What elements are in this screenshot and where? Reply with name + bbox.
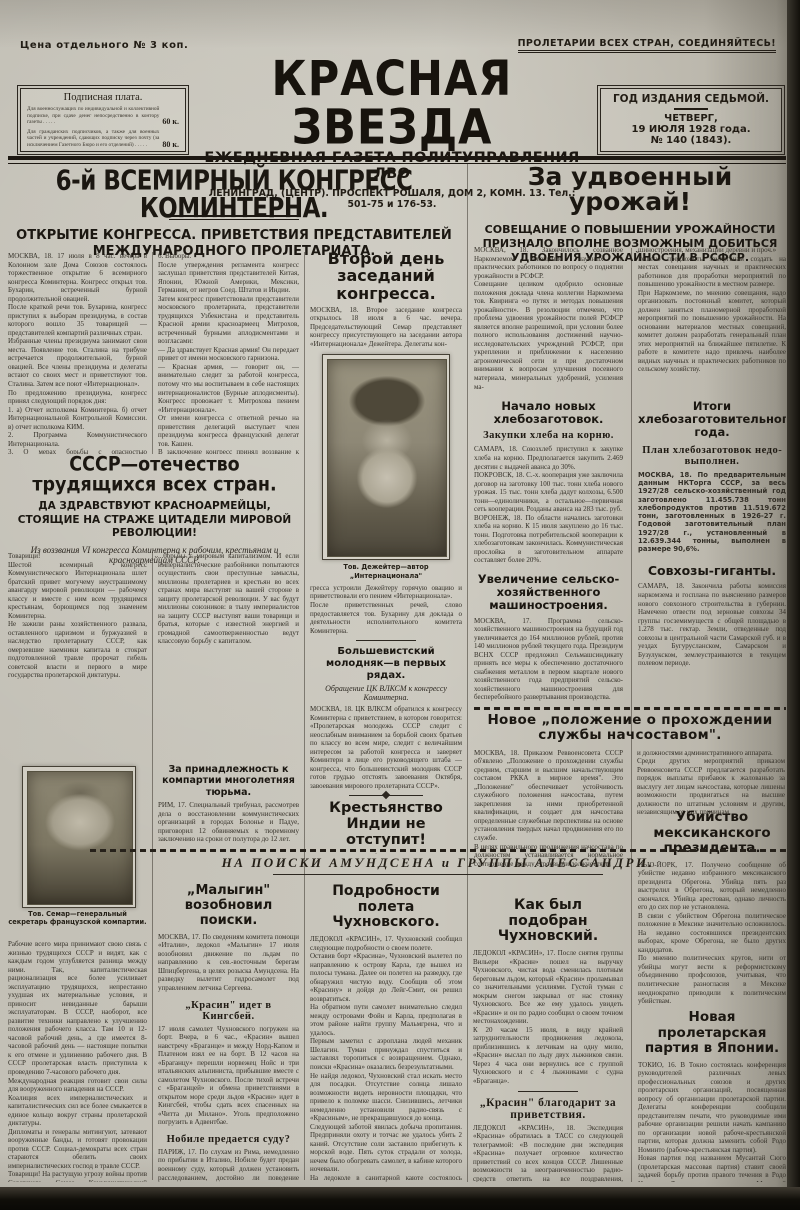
degeyter-photo-caption: Тов. Дежейтер—автор „Интернационала" <box>310 563 462 579</box>
section-separator <box>349 795 423 796</box>
mexico-body: НЬЮ-ЙОРК, 17. Получено сообщение об убий… <box>638 861 786 1006</box>
newspaper-title: КРАСНАЯ ЗВЕЗДА <box>196 56 588 152</box>
bread-results-column: Итоги хлебозаготовительного года. План х… <box>638 400 786 704</box>
proletarians-slogan: ПРОЛЕТАРИИ ВСЕХ СТРАН, СОЕДИНЯЙТЕСЬ! <box>518 38 776 53</box>
issue-date: 19 ИЮЛЯ 1928 года. <box>601 124 781 135</box>
semar-photo-caption: Тов. Семар—генеральный секретарь француз… <box>8 910 147 926</box>
second-day-continuation: гресса устроили Дежейтеру горячую овацию… <box>310 584 462 635</box>
congress-section-header: 6-й ВСЕМИРНЫЙ КОНГРЕСС КОМИНТЕРНА. ОТКРЫ… <box>8 168 460 261</box>
prison-article: За принадлежность к компартии многолетня… <box>158 764 299 852</box>
malygin-column: „Малыгин" возобно­вил поиски. МОСКВА, 17… <box>158 884 299 1182</box>
kingsbay-title: „Красин" идет в Кингсбей. <box>158 1000 299 1022</box>
chukhnovsky-column: Подробности полета Чухновского. ЛЕДОКОЛ … <box>310 884 462 1182</box>
banner-underline <box>273 874 603 875</box>
mexico-article: Убийство мексикан­ского президента. НЬЮ-… <box>638 810 786 1006</box>
subscription-title: Подписная плата. <box>21 92 185 103</box>
ussr-slogan: ДА ЗДРАВСТВУЮТ КРАСНОАРМЕЙЦЫ, СТОЯЩИЕ НА… <box>8 500 301 541</box>
japan-title: Новая пролетарская партия в Японии. <box>638 1010 786 1057</box>
malygin-title: „Малыгин" возобно­вил поиски. <box>158 884 299 929</box>
subscription-row: Для гражданских подписчиков, а также для… <box>27 129 179 149</box>
harvest-headline: За удвоенный урожай! <box>474 164 786 214</box>
molodnyak-title: Большевистский молодняк—в первых рядах. <box>310 646 462 682</box>
prison-title: За принадлежность к компартии многолетня… <box>158 764 299 798</box>
harvest-col2: шиностроения, механизации деревни и проч… <box>638 246 786 398</box>
issue-year-line: ГОД ИЗДАНИЯ СЕДЬМОЙ. <box>601 93 781 105</box>
sovkhoz-body: САМАРА, 18. Закончила работы комиссия на… <box>638 582 786 667</box>
bread-start-subtitle: Закупки хлеба на корню. <box>474 430 623 441</box>
machinery-body: МОСКВА, 17. Программа сельско-хозяйствен… <box>474 617 623 702</box>
molodnyak-body: МОСКВА, 18. ЦК ВЛКСМ обратился к конгрес… <box>310 705 462 790</box>
column-rule <box>304 252 305 1180</box>
subscription-price: 80 к. <box>162 140 179 149</box>
dashed-rule <box>474 706 786 710</box>
subscription-note: Для военнослужащих по индивидуальной и к… <box>27 106 159 126</box>
issue-weekday: ЧЕТВЕРГ, <box>601 113 781 124</box>
bread-results-body: МОСКВА, 18. По предварительным данным НК… <box>638 471 786 554</box>
scan-edge-bottom <box>0 1187 800 1210</box>
bread-results-title: Итоги хлебозаготовительного года. <box>638 400 786 440</box>
ussr-appeal-col2: ...борьбы с мировым капитализмом. И если… <box>158 552 299 762</box>
congress-article-col2: 6. Выборы. После утверждения регламента … <box>158 252 299 454</box>
ussr-headline: СССР—отечество трудящихся всех стран. <box>8 456 301 495</box>
issue-divider <box>674 108 708 110</box>
issue-box: ГОД ИЗДАНИЯ СЕДЬМОЙ. ЧЕТВЕРГ, 19 ИЮЛЯ 19… <box>600 88 782 152</box>
pickup-column: Как был подобран Чухновский. ЛЕДОКОЛ «КР… <box>473 898 623 1182</box>
pickup-title: Как был подобран Чухновский. <box>473 898 623 945</box>
machinery-title: Увеличение сельско-хозяйствен­ного машин… <box>474 573 623 613</box>
newspaper-page: Цена отдельного № 3 коп. ПРОЛЕТАРИИ ВСЕХ… <box>0 0 800 1210</box>
sovkhoz-title: Совхозы-гиганты. <box>638 563 786 578</box>
banner-text: НА ПОИСКИ АМУНДСЕНА и ГРУППЫ АЛЕССАНДРИ. <box>90 855 786 871</box>
malygin-body: МОСКВА, 17. По сведениям комитета помощи… <box>158 933 299 993</box>
banner-dashed-rule <box>90 848 786 852</box>
kingsbay-body: 17 июля самолет Чухновского погружен на … <box>158 1025 299 1127</box>
ussr-appeal-col1: Товарищи! Шестой всемирный конгресс Комм… <box>8 552 147 762</box>
text-divider <box>356 640 416 641</box>
india-title: Крестьянство Индии не отступит! <box>310 801 462 849</box>
bread-start-body: САМАРА, 18. Союзхлеб приступил к закупке… <box>474 445 623 564</box>
congress-headline: 6-й ВСЕМИРНЫЙ КОНГРЕСС КОМИНТЕРНА. <box>8 168 460 223</box>
ussr-appeal-continuation: Рабочие всего мира принимают свою связь … <box>8 940 147 1182</box>
bread-results-subtitle: План хлебозаготовок недо­выполнен. <box>638 445 786 467</box>
text-divider <box>518 1091 578 1092</box>
semar-portrait-photo <box>27 771 133 905</box>
nobile-title: Нобиле предается суду? <box>158 1134 299 1145</box>
issue-number: № 140 (1843). <box>601 135 781 146</box>
chukhnovsky-title: Подробности полета Чухновского. <box>310 884 462 931</box>
bread-start-title: Начало новых хлебозаготовок. <box>474 400 623 426</box>
nobile-body: ПАРИЖ, 17. По слухам из Рима, немедленно… <box>158 1148 299 1182</box>
subscription-row: Для военнослужащих по индивидуальной и к… <box>27 106 179 126</box>
japan-article: Новая пролетарская партия в Японии. ТОКИ… <box>638 1010 786 1182</box>
second-day-column: Второй день заседаний конгресса. МОСКВА,… <box>310 250 462 854</box>
ussr-section-header: СССР—отечество трудящихся всех стран. ДА… <box>8 456 301 565</box>
scan-edge-right <box>787 0 800 1210</box>
second-day-title: Второй день заседаний конгресса. <box>310 250 462 302</box>
pickup-body: ЛЕДОКОЛ «КРАСИН», 17. После снятия групп… <box>473 949 623 1086</box>
bread-start-column: Начало новых хлебозаготовок. Закупки хле… <box>474 400 623 704</box>
krasin-thanks-title: „Красин" благодарит за при­ветствия. <box>473 1097 623 1121</box>
degeyter-photo-frame <box>322 354 450 560</box>
congress-article-col1: МОСКВА, 18. 17 июля в 8 час. вечера в Ко… <box>8 252 147 454</box>
chukhnovsky-body: ЛЕДОКОЛ «КРАСИН», 17. Чухновский сообщил… <box>310 935 462 1182</box>
subscription-box: Подписная плата. Для военнослужащих по и… <box>20 88 186 152</box>
prison-body: РИМ, 17. Специальный трибунал, рассмотре… <box>158 801 299 844</box>
subscription-note: Для гражданских подписчиков, а также для… <box>27 129 159 149</box>
subscription-price: 60 к. <box>162 117 179 126</box>
krasin-thanks-body: ЛЕДОКОЛ «КРАСИН», 18. Экспедиция «Красин… <box>473 1124 623 1182</box>
molodnyak-subtitle: Обращение ЦК ВЛКСМ к конгрессу Коминтерн… <box>310 684 462 702</box>
search-banner: НА ПОИСКИ АМУНДСЕНА и ГРУППЫ АЛЕССАНДРИ. <box>90 848 786 875</box>
regulation-title: Новое „положение о прохождении службы на… <box>474 713 786 743</box>
semar-photo-frame <box>22 766 136 908</box>
japan-body: ТОКИО, 16. В Токио состоялась конференци… <box>638 1061 786 1182</box>
harvest-col1: МОСКВА, 18. Закончилось созванное Нарком… <box>474 246 623 398</box>
single-copy-price: Цена отдельного № 3 коп. <box>20 40 188 51</box>
second-day-lead: МОСКВА, 18. Второе заседание конгресса о… <box>310 306 462 349</box>
degeyter-portrait-photo <box>327 359 447 557</box>
section-rule <box>467 164 468 1182</box>
column-rule <box>152 252 153 454</box>
